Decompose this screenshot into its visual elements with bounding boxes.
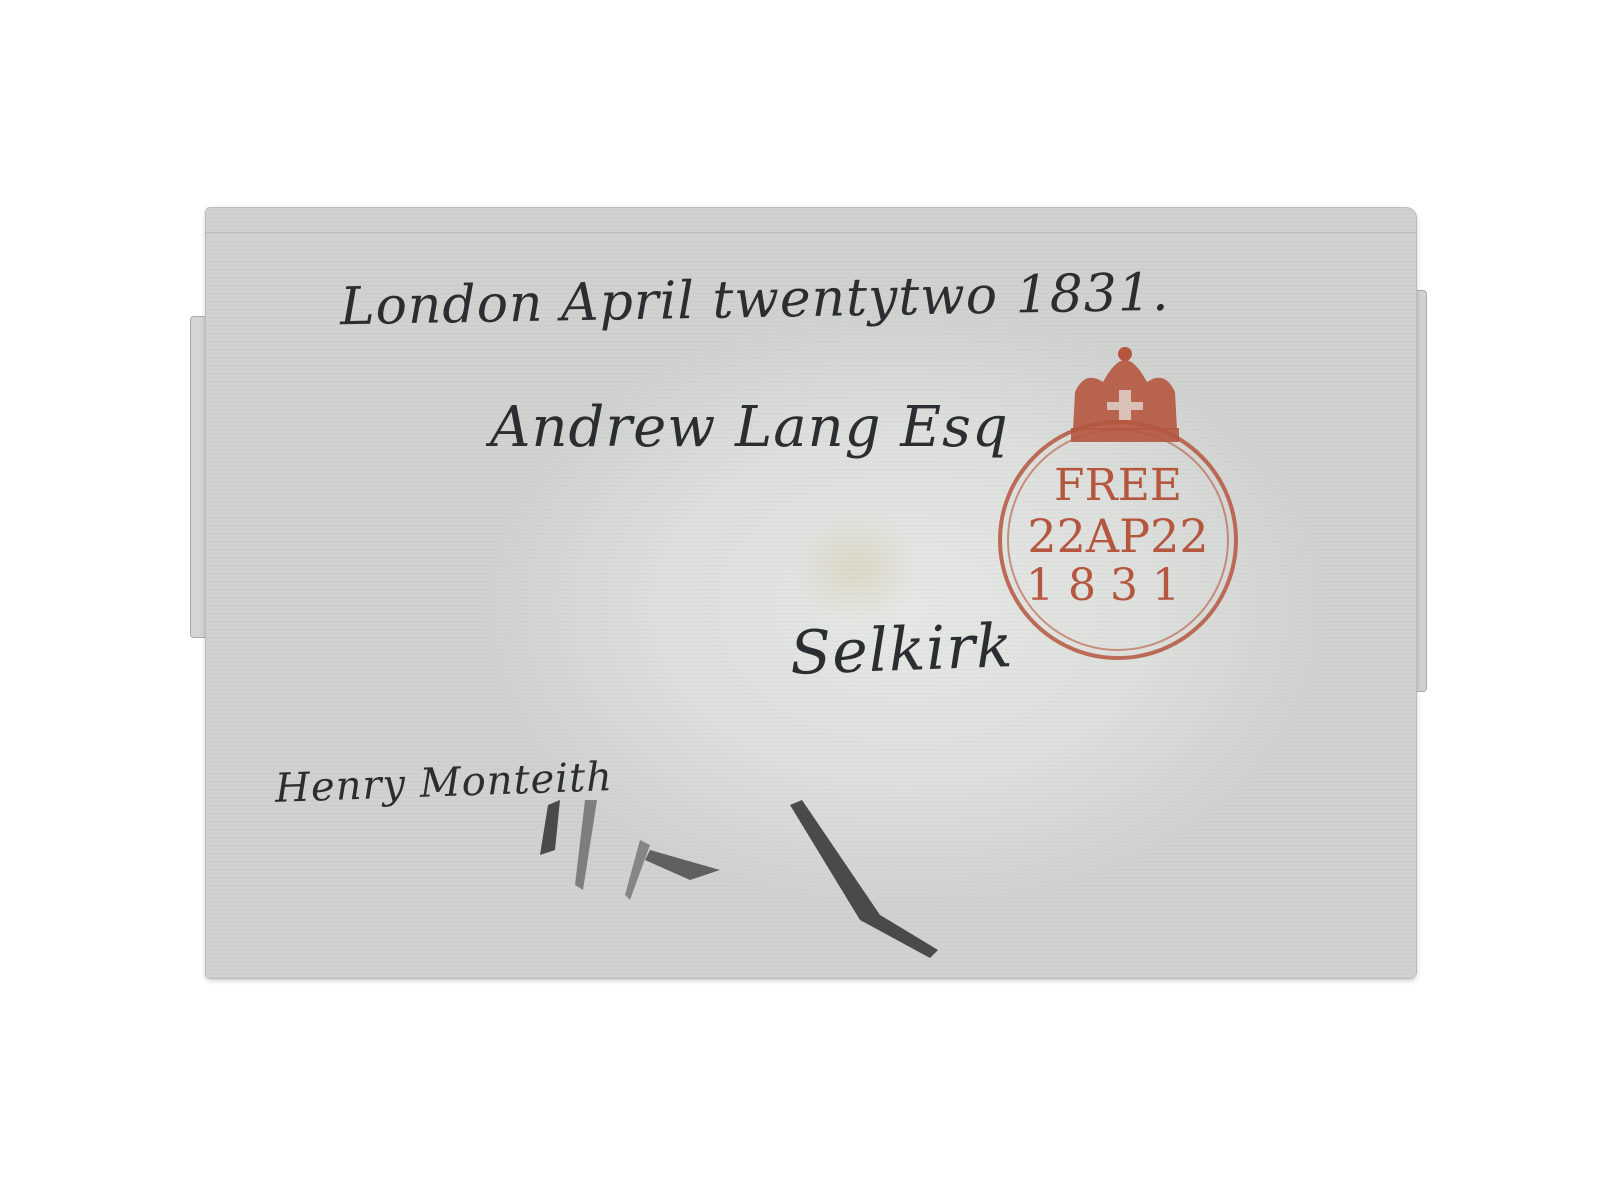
postmark-and-marks: FREE 22AP22 1831 <box>0 0 1600 1200</box>
free-postmark: FREE 22AP22 1831 <box>1000 347 1236 658</box>
postmark-line1: FREE <box>1054 460 1182 511</box>
postmark-line2: 22AP22 <box>1027 509 1208 563</box>
envelope-photo: London April twentytwo 1831. Andrew Lang… <box>0 0 1600 1200</box>
crown-icon <box>1071 347 1179 442</box>
postmark-line3: 1831 <box>1026 560 1194 611</box>
manuscript-rate-marks <box>540 800 938 958</box>
